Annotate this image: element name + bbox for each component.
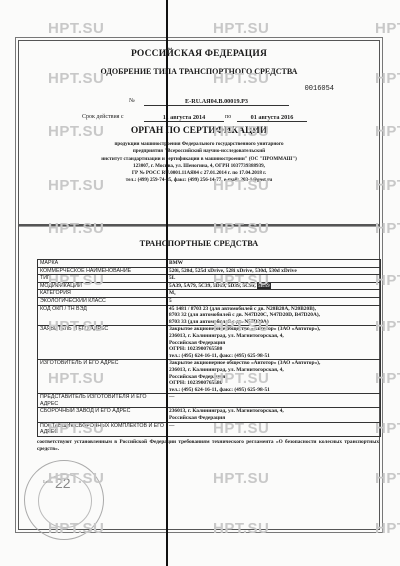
certification-body-line: предприятия "Всероссийский научно-исслед… [19, 148, 379, 155]
row-label: ПОСТАВЩИК СБОРОЧНЫХ КОМПЛЕКТОВ И ЕГО АДР… [38, 422, 167, 436]
certification-body-line: институт стандартизации и сертификации в… [19, 156, 379, 163]
number-label: № [129, 98, 135, 104]
table-row: КАТЕГОРИЯ M₁ [38, 290, 381, 298]
value-line: Закрытое акционерное общество «Автотор» … [169, 326, 378, 333]
stamp-label: Бланк [43, 479, 53, 484]
validity-to-label: по [225, 114, 231, 120]
row-label: ЭКОЛОГИЧЕСКИЙ КЛАСС [38, 297, 167, 305]
value-line: Закрытое акционерное общество «Автотор» … [169, 360, 378, 367]
row-label: КОММЕРЧЕСКОЕ НАИМЕНОВАНИЕ [38, 267, 167, 275]
certification-body-title: ОРГАН ПО СЕРТИФИКАЦИИ [19, 126, 379, 136]
certification-body-line: 123007, г. Москва, ул. Шеногина, 4, ОГРН… [19, 163, 379, 170]
row-value: 5A39, 5A79, 5C39, 5D19, 5D39, 5C99, 5E59 [167, 282, 381, 290]
row-label: ИЗГОТОВИТЕЛЬ И ЕГО АДРЕС [38, 360, 167, 394]
certification-body-line: тел.: (499) 259-74-85, факс: (499) 256-1… [19, 177, 379, 184]
row-value: 45 1481 / 8703 23 (для автомобилей с дв.… [167, 305, 381, 326]
watermark: HPT.SU [375, 20, 400, 37]
row-value: Закрытое акционерное общество «Автотор» … [167, 326, 381, 360]
vehicle-spec-table: МАРКА BMW КОММЕРЧЕСКОЕ НАИМЕНОВАНИЕ 520i… [37, 259, 381, 437]
certification-body-details: продукции машиностроения Федерального го… [19, 141, 379, 185]
table-row: МОДИФИКАЦИИ 5A39, 5A79, 5C39, 5D19, 5D39… [38, 282, 381, 290]
row-value: 236013, г. Калининград, ул. Магнитогорск… [167, 408, 381, 422]
value-line: Российская Федерация [169, 340, 378, 347]
row-value: BMW [167, 260, 381, 268]
conformity-statement: соответствуют установленным в Российской… [37, 439, 379, 453]
stamp-number: 22 [55, 475, 71, 491]
certificate-frame: РОССИЙСКАЯ ФЕДЕРАЦИЯ ОДОБРЕНИЕ ТИПА ТРАН… [18, 40, 380, 530]
table-row: ТИП 5L [38, 275, 381, 283]
official-stamp: Бланк 22 [24, 460, 104, 540]
row-value: 5 [167, 297, 381, 305]
watermark: HPT.SU [48, 20, 104, 37]
value-line: Российская Федерация [169, 374, 378, 381]
row-label: ПРЕДСТАВИТЕЛЬ ИЗГОТОВИТЕЛЯ И ЕГО АДРЕС [38, 394, 167, 408]
row-value: 5L [167, 275, 381, 283]
value-line: ОГРН: 1023900765580 [169, 380, 378, 387]
row-label: СБОРОЧНЫЙ ЗАВОД И ЕГО АДРЕС [38, 408, 167, 422]
row-value: M₁ [167, 290, 381, 298]
table-row: ИЗГОТОВИТЕЛЬ И ЕГО АДРЕС Закрытое акцион… [38, 360, 381, 394]
table-row: ПРЕДСТАВИТЕЛЬ ИЗГОТОВИТЕЛЯ И ЕГО АДРЕС — [38, 394, 381, 408]
table-row: ПОСТАВЩИК СБОРОЧНЫХ КОМПЛЕКТОВ И ЕГО АДР… [38, 422, 381, 436]
row-label: МОДИФИКАЦИИ [38, 282, 167, 290]
row-label: ТИП [38, 275, 167, 283]
table-row: КОММЕРЧЕСКОЕ НАИМЕНОВАНИЕ 520i, 520d, 52… [38, 267, 381, 275]
serial-number: 0016054 [305, 85, 334, 93]
row-value: Закрытое акционерное общество «Автотор» … [167, 360, 381, 394]
row-label: МАРКА [38, 260, 167, 268]
table-row: СБОРОЧНЫЙ ЗАВОД И ЕГО АДРЕС 236013, г. К… [38, 408, 381, 422]
value-line: 8703 32 (для автомобилей с дв. N47D20C, … [169, 312, 378, 319]
row-label: ЗАЯВИТЕЛЬ И ЕГО АДРЕС [38, 326, 167, 360]
row-label: КОД ОКП / ТН ВЭД [38, 305, 167, 326]
country-title: РОССИЙСКАЯ ФЕДЕРАЦИЯ [19, 49, 379, 59]
row-value: — [167, 422, 381, 436]
document-type-title: ОДОБРЕНИЕ ТИПА ТРАНСПОРТНОГО СРЕДСТВА [19, 67, 379, 76]
vehicles-section-title: ТРАНСПОРТНЫЕ СРЕДСТВА [19, 239, 379, 248]
validity-from: 11 августа 2014 [144, 114, 224, 122]
validity-to: 01 августа 2016 [237, 114, 307, 122]
table-row: КОД ОКП / ТН ВЭД 45 1481 / 8703 23 (для … [38, 305, 381, 326]
watermark: HPT.SU [213, 20, 269, 37]
value-line: 8703 33 (для автомобилей с дв. N57D30A) [169, 319, 378, 326]
value-line: 236013, г. Калининград, ул. Магнитогорск… [169, 367, 378, 374]
value-line: ОГРН: 1023900765580 [169, 346, 378, 353]
certificate-header: РОССИЙСКАЯ ФЕДЕРАЦИЯ ОДОБРЕНИЕ ТИПА ТРАН… [19, 41, 379, 224]
row-label: КАТЕГОРИЯ [38, 290, 167, 298]
modifications-list: 5A39, 5A79, 5C39, 5D19, 5D39, 5C99, [169, 283, 257, 289]
value-line: тел.: (495) 624-16-11, факс: (495) 625-9… [169, 353, 378, 360]
table-row: ЗАЯВИТЕЛЬ И ЕГО АДРЕС Закрытое акционерн… [38, 326, 381, 360]
table-row: МАРКА BMW [38, 260, 381, 268]
table-row: ЭКОЛОГИЧЕСКИЙ КЛАСС 5 [38, 297, 381, 305]
row-value: — [167, 394, 381, 408]
section-divider [19, 224, 379, 227]
row-value: 520i, 520d, 525d xDrive, 528i xDrive, 53… [167, 267, 381, 275]
value-line: тел.: (495) 624-16-11, факс: (495) 625-9… [169, 387, 378, 394]
value-line: Российская Федерация [169, 415, 378, 422]
validity-from-label: Срок действия с [82, 114, 124, 120]
value-line: 236013, г. Калининград, ул. Магнитогорск… [169, 333, 378, 340]
highlighted-modification: 5E59 [257, 283, 271, 289]
page-fold-line [166, 0, 168, 566]
